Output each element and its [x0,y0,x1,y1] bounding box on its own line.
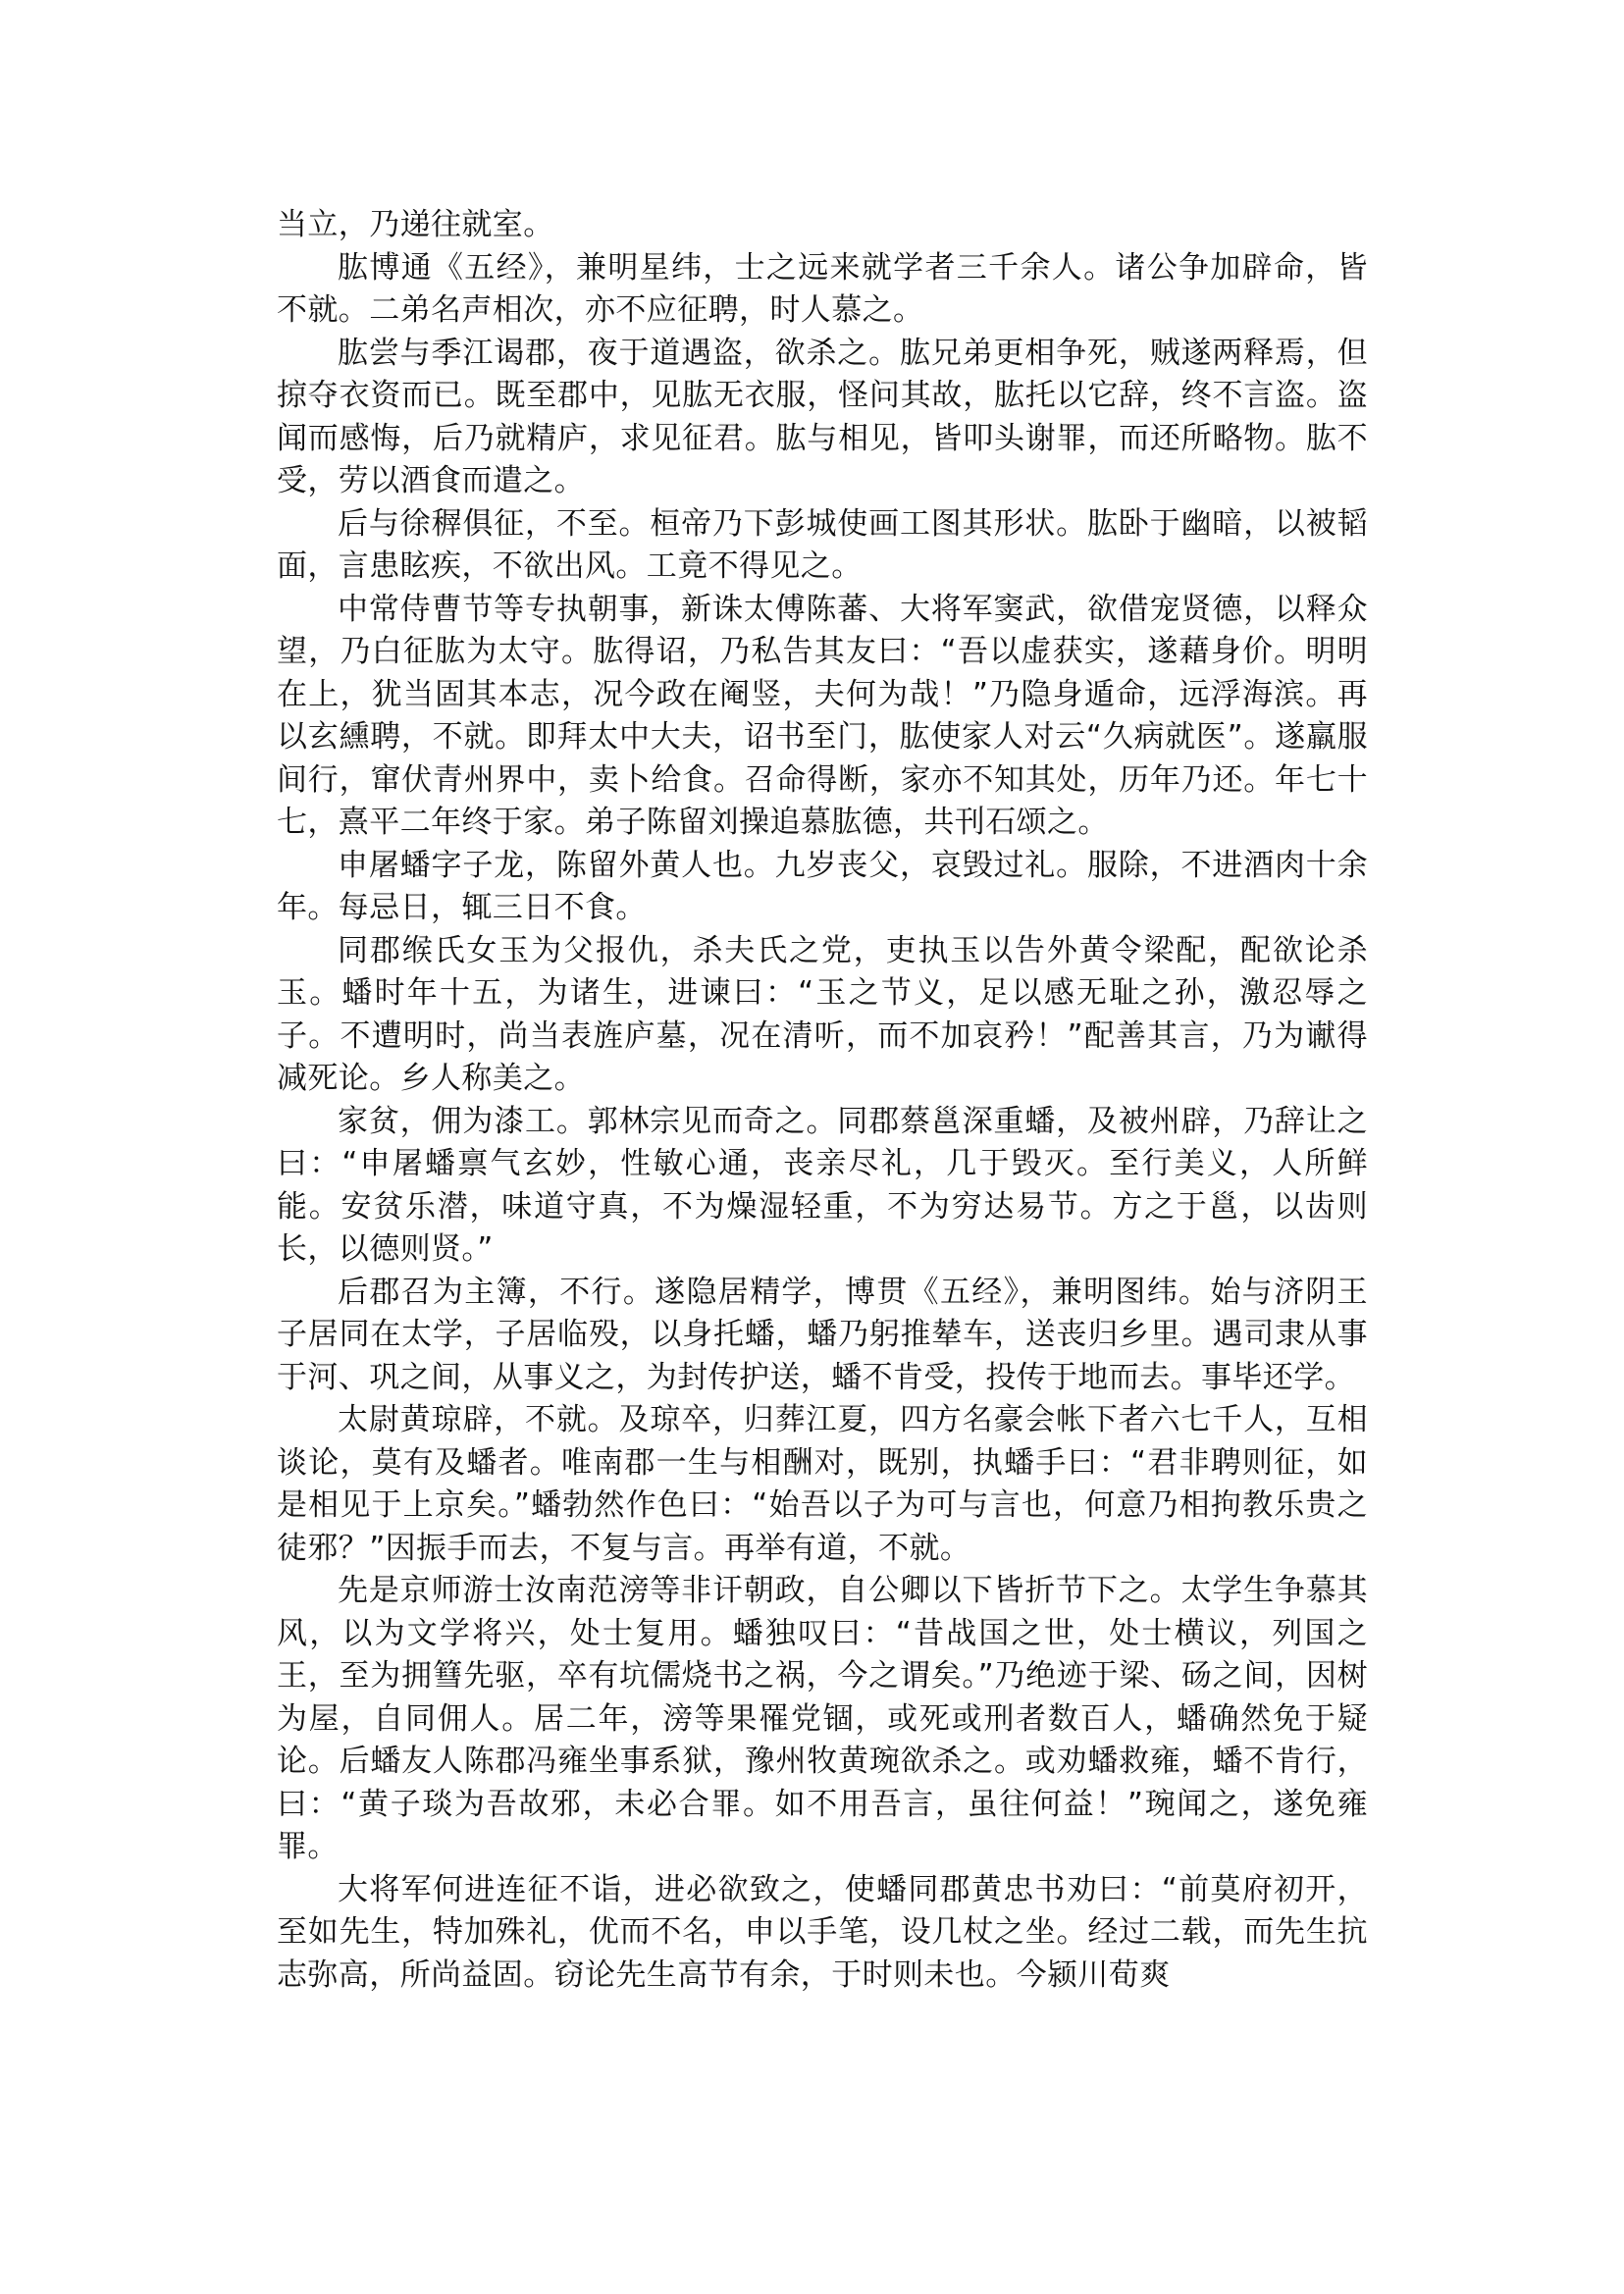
paragraph-8: 后郡召为主簿，不行。遂隐居精学，博贯《五经》，兼明图纬。始与济阴王子居同在太学，… [277,1272,1368,1400]
paragraph-10: 先是京师游士汝南范滂等非讦朝政，自公卿以下皆折节下之。太学生争慕其风，以为文学将… [277,1570,1368,1869]
paragraph-11: 大将军何进连征不诣，进必欲致之，使蟠同郡黄忠书劝曰：“前莫府初开，至如先生，特加… [277,1869,1368,1998]
paragraph-2: 肱尝与季江谒郡，夜于道遇盗，欲杀之。肱兄弟更相争死，贼遂两释焉，但掠夺衣资而已。… [277,333,1368,503]
paragraph-1: 肱博通《五经》，兼明星纬，士之远来就学者三千余人。诸公争加辟命，皆不就。二弟名声… [277,247,1368,333]
paragraph-5: 申屠蟠字子龙，陈留外黄人也。九岁丧父，哀毁过礼。服除，不进酒肉十余年。每忌日，辄… [277,845,1368,930]
document-page: 当立，乃递往就室。 肱博通《五经》，兼明星纬，士之远来就学者三千余人。诸公争加辟… [277,204,1368,1997]
paragraph-4: 中常侍曹节等专执朝事，新诛太傅陈蕃、大将军窦武，欲借宠贤德，以释众望，乃白征肱为… [277,589,1368,845]
paragraph-9: 太尉黄琼辟，不就。及琼卒，归葬江夏，四方名豪会帐下者六七千人，互相谈论，莫有及蟠… [277,1399,1368,1570]
paragraph-0: 当立，乃递往就室。 [277,204,1368,247]
paragraph-7: 家贫，佣为漆工。郭林宗见而奇之。同郡蔡邕深重蟠，及被州辟，乃辞让之曰：“申屠蟠禀… [277,1101,1368,1272]
paragraph-3: 后与徐稺俱征，不至。桓帝乃下彭城使画工图其形状。肱卧于幽暗，以被韬面，言患眩疾，… [277,503,1368,589]
paragraph-6: 同郡缑氏女玉为父报仇，杀夫氏之党，吏执玉以告外黄令梁配，配欲论杀玉。蟠时年十五，… [277,930,1368,1101]
